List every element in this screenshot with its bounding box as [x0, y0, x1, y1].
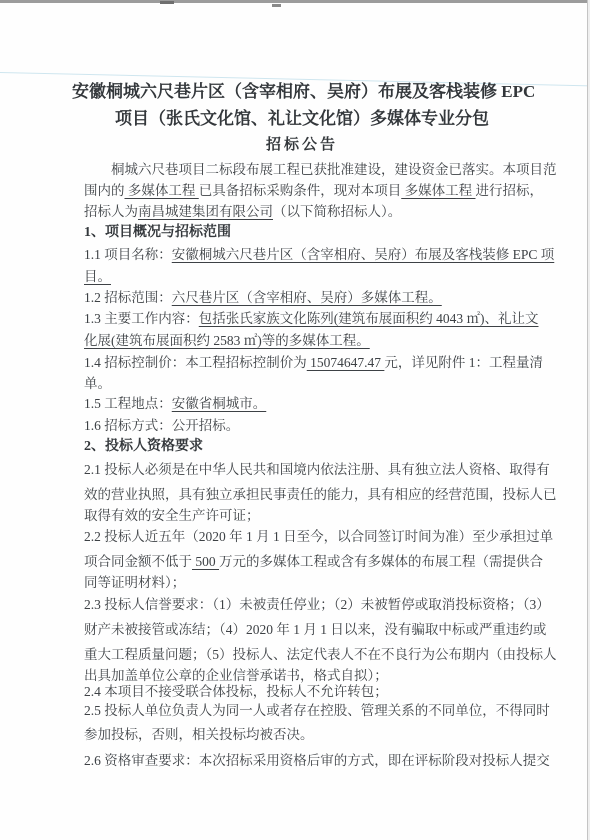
document-line: 单。 — [84, 374, 520, 394]
document-line: 目。 — [84, 266, 520, 287]
text-run: 1.2 招标范围： — [84, 290, 172, 305]
text-run: 1.5 工程地点： — [84, 396, 172, 411]
underlined-text: 安徽省桐城市。 — [172, 396, 267, 411]
text-run: 招标人为 — [84, 204, 138, 219]
document-line: 1.3 主要工作内容：包括张氏家族文化陈列(建筑布展面积约 4043 ㎡)、礼让… — [84, 308, 520, 330]
document-line: 2.2 投标人近五年（2020 年 1 月 1 日至今，以合同签订时间为准）至少… — [84, 524, 520, 549]
document-line: 2.1 投标人必须是在中华人民共和国境内依法注册、具有独立法人资格、取得有 — [84, 457, 520, 482]
text-run: 2.3 投标人信誉要求：（1）未被责任停业；（2）未被暂停或取消投标资格；（3） — [84, 597, 550, 612]
text-run: 取得有效的安全生产许可证； — [84, 508, 260, 523]
title-line-2: 项目（张氏文化馆、礼让文化馆）多媒体专业分包 — [72, 105, 532, 132]
paper-edge — [587, 0, 588, 840]
underlined-text: 安徽桐城六尺巷片区（含宰相府、吴府）布展及客栈装修 EPC 项 — [172, 247, 555, 262]
text-run: 项合同金额不低于 — [84, 554, 192, 569]
underlined-text: 六尺巷片区（含宰相府、吴府）多媒体工程。 — [172, 290, 442, 305]
document-line: 招标人为南昌城建集团有限公司（以下简称招标人）。 — [84, 201, 520, 222]
text-run: 1.6 招标方式：公开招标。 — [84, 418, 239, 433]
document-line: 1.4 招标控制价：本工程招标控制价为 15074647.47 元，详见附件 1… — [84, 352, 520, 374]
document-line: 2.4 本项目不接受联合体投标，投标人不允许转包； — [84, 684, 520, 700]
underlined-text: 目。 — [84, 269, 111, 284]
text-run: 1.1 项目名称： — [84, 247, 172, 262]
underlined-text: 南昌城建集团有限公司 — [138, 204, 273, 219]
text-run: 万元的多媒体工程或含有多媒体的布展工程（需提供合 — [219, 554, 543, 569]
underlined-text: 15074647.47 — [307, 355, 385, 370]
text-run: 已具备招标采购条件，现对本项目 — [199, 183, 402, 198]
document-line: 1.6 招标方式：公开招标。 — [84, 414, 520, 437]
document-body: 桐城六尺巷项目二标段布展工程已获批准建设，建设资金已落实。本项目范围内的 多媒体… — [84, 159, 520, 773]
underlined-text: 多媒体工程 — [401, 183, 475, 198]
text-run: 1.4 招标控制价：本工程招标控制价为 — [84, 355, 307, 370]
text-run: 2.6 资格审查要求：本次招标采用资格后审的方式，即在评标阶段对投标人提交 — [84, 753, 550, 768]
text-run: 围内的 — [84, 183, 125, 198]
document-subtitle: 招标公告 — [72, 132, 532, 159]
underlined-text: 包括张氏家族文化陈列(建筑布展面积约 4043 ㎡)、礼让文 — [199, 311, 539, 326]
text-run: 元，详见附件 1：工程量清 — [384, 355, 543, 370]
document-line: 出具加盖单位公章的企业信誉承诺书，格式自拟）； — [84, 667, 520, 684]
scan-artifact-speck — [160, 1, 174, 4]
document-line: 1.5 工程地点：安徽省桐城市。 — [84, 394, 520, 414]
document-line: 2.3 投标人信誉要求：（1）未被责任停业；（2）未被暂停或取消投标资格；（3） — [84, 592, 520, 617]
document-line: 同等证明材料）； — [84, 574, 520, 592]
document-line: 2.6 资格审查要求：本次招标采用资格后审的方式，即在评标阶段对投标人提交 — [84, 748, 520, 773]
text-run: 桐城六尺巷项目二标段布展工程已获批准建设，建设资金已落实。本项目范 — [111, 162, 557, 177]
text-run: 重大工程质量问题；（5）投标人、法定代表人不在不良行为公布期内（由投标人 — [84, 647, 557, 662]
document-line: 1.2 招标范围：六尺巷片区（含宰相府、吴府）多媒体工程。 — [84, 287, 520, 308]
underlined-text: 多媒体工程 — [125, 183, 199, 198]
text-run: 1.3 主要工作内容： — [84, 311, 199, 326]
document-line: 财产未被接管或冻结；（4）2020 年 1 月 1 日以来，没有骗取中标或严重违… — [84, 617, 520, 642]
scan-artifact-top-edge — [0, 0, 590, 3]
text-run: 2.2 投标人近五年（2020 年 1 月 1 日至今，以合同签订时间为准）至少… — [84, 529, 553, 544]
text-run: 2.1 投标人必须是在中华人民共和国境内依法注册、具有独立法人资格、取得有 — [84, 462, 550, 477]
text-run: 财产未被接管或冻结；（4）2020 年 1 月 1 日以来，没有骗取中标或严重违… — [84, 622, 546, 637]
document-line: 2.5 投标人单位负责人为同一人或者存在控股、管理关系的不同单位，不得同时 — [84, 700, 520, 722]
text-run: 出具加盖单位公章的企业信誉承诺书，格式自拟）； — [84, 668, 388, 683]
text-run: 2、投标人资格要求 — [84, 439, 203, 454]
document-content: 安徽桐城六尺巷片区（含宰相府、吴府）布展及客栈装修 EPC 项目（张氏文化馆、礼… — [84, 78, 520, 773]
document-line: 化展(建筑布展面积约 2583 ㎡)等的多媒体工程。 — [84, 330, 520, 352]
document-line: 重大工程质量问题；（5）投标人、法定代表人不在不良行为公布期内（由投标人 — [84, 642, 520, 667]
document-title: 安徽桐城六尺巷片区（含宰相府、吴府）布展及客栈装修 EPC 项目（张氏文化馆、礼… — [72, 78, 532, 159]
text-run: （以下简称招标人）。 — [273, 204, 401, 219]
document-line: 效的营业执照，具有独立承担民事责任的能力，具有相应的经营范围，投标人已 — [84, 482, 520, 507]
document-line: 桐城六尺巷项目二标段布展工程已获批准建设，建设资金已落实。本项目范 — [84, 159, 520, 180]
document-line: 围内的 多媒体工程 已具备招标采购条件，现对本项目 多媒体工程 进行招标， — [84, 180, 520, 201]
section-heading: 2、投标人资格要求 — [84, 437, 520, 457]
text-run: 2.5 投标人单位负责人为同一人或者存在控股、管理关系的不同单位，不得同时 — [84, 703, 550, 718]
text-run: 2.4 本项目不接受联合体投标，投标人不允许转包； — [84, 684, 388, 699]
document-line: 参加投标，否则，相关投标均被否决。 — [84, 722, 520, 748]
text-run: 单。 — [84, 376, 111, 391]
scanned-document-page: 安徽桐城六尺巷片区（含宰相府、吴府）布展及客栈装修 EPC 项目（张氏文化馆、礼… — [0, 0, 590, 840]
document-line: 1.1 项目名称：安徽桐城六尺巷片区（含宰相府、吴府）布展及客栈装修 EPC 项 — [84, 244, 520, 266]
underlined-text: 500 — [192, 554, 219, 569]
text-run: 1、项目概况与招标范围 — [84, 225, 231, 240]
text-run: 效的营业执照，具有独立承担民事责任的能力，具有相应的经营范围，投标人已 — [84, 487, 557, 502]
section-heading: 1、项目概况与招标范围 — [84, 222, 520, 244]
document-line: 取得有效的安全生产许可证； — [84, 507, 520, 524]
text-run: 参加投标，否则，相关投标均被否决。 — [84, 727, 314, 742]
title-line-1: 安徽桐城六尺巷片区（含宰相府、吴府）布展及客栈装修 EPC — [72, 78, 532, 105]
scan-artifact-speck — [272, 4, 281, 7]
underlined-text: 化展(建筑布展面积约 2583 ㎡)等的多媒体工程。 — [84, 333, 370, 348]
text-run: 进行招标， — [476, 183, 544, 198]
document-line: 项合同金额不低于 500 万元的多媒体工程或含有多媒体的布展工程（需提供合 — [84, 549, 520, 574]
text-run: 同等证明材料）； — [84, 575, 185, 590]
